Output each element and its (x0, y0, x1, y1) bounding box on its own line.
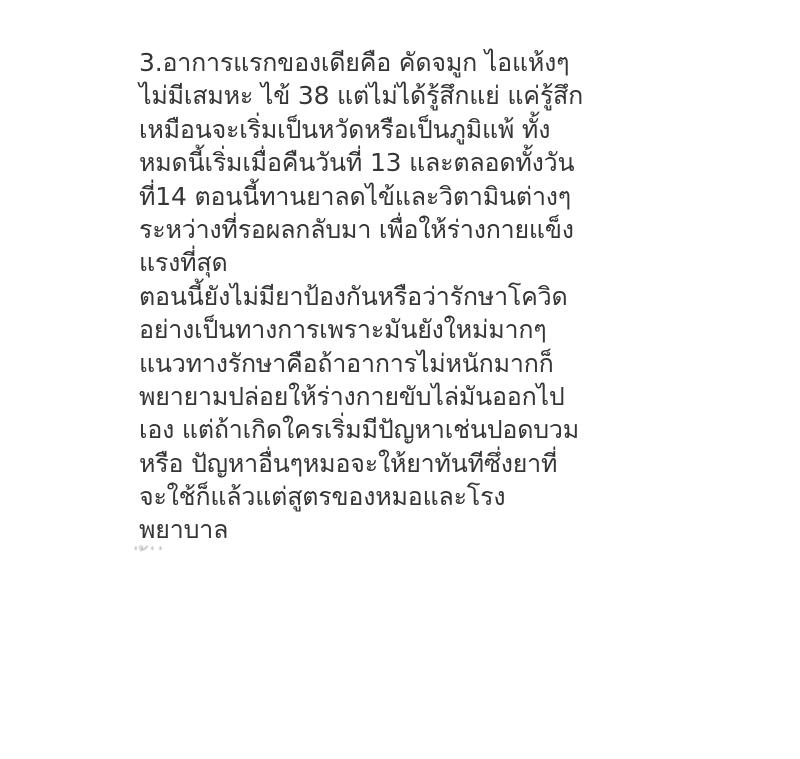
post-line-3: เหมือนจะเริ่มเป็นหวัดหรือเป็นภูมิแพ้ ทั้… (139, 113, 779, 146)
post-line-7: แรงที่สุด (139, 246, 779, 279)
post-line-6: ระหว่างที่รอผลกลับมา เพื่อให้ร่างกายแข็ง (139, 213, 779, 246)
post-line-9: อย่างเป็นทางการเพราะมันยังใหม่มากๆ (139, 313, 779, 346)
post-line-4: หมดนี้เริ่มเมื่อคืนวันที่ 13 และตลอดทั้ง… (139, 146, 779, 179)
post-body-text: 3.อาการแรกของเดียคือ คัดจมูก ไอแห้งๆ ไม่… (139, 46, 779, 580)
post-line-1: 3.อาการแรกของเดียคือ คัดจมูก ไอแห้งๆ (139, 46, 779, 79)
post-line-10: แนวทางรักษาคือถ้าอาการไม่หนักมากก็ (139, 347, 779, 380)
post-line-8: ตอนนี้ยังไม่มียาป้องกันหรือว่ารักษาโควิด (139, 280, 779, 313)
post-line-13: หรือ ปัญหาอื่นๆหมอจะให้ยาทันทีซึ่งยาที่ (139, 447, 779, 480)
post-line-14: จะใช้ก็แล้วแต่สูตรของหมอและโรง (139, 480, 779, 513)
post-line-12: เอง แต่ถ้าเกิดใครเริ่มมีปัญหาเช่นปอดบวม (139, 413, 779, 446)
post-line-15: พยาบาล (139, 513, 779, 546)
post-line-2: ไม่มีเสมหะ ไข้ 38 แต่ไม่ได้รู้สึกแย่ แค่… (139, 79, 779, 112)
post-line-11: พยายามปล่อยให้ร่างกายขับไล่มันออกไป (139, 380, 779, 413)
post-line-5: ที่14 ตอนนี้ทานยาลดไข้และวิตามินต่างๆ (139, 180, 779, 213)
post-line-cut-off: ่ ้ ่ ่ (139, 547, 779, 580)
